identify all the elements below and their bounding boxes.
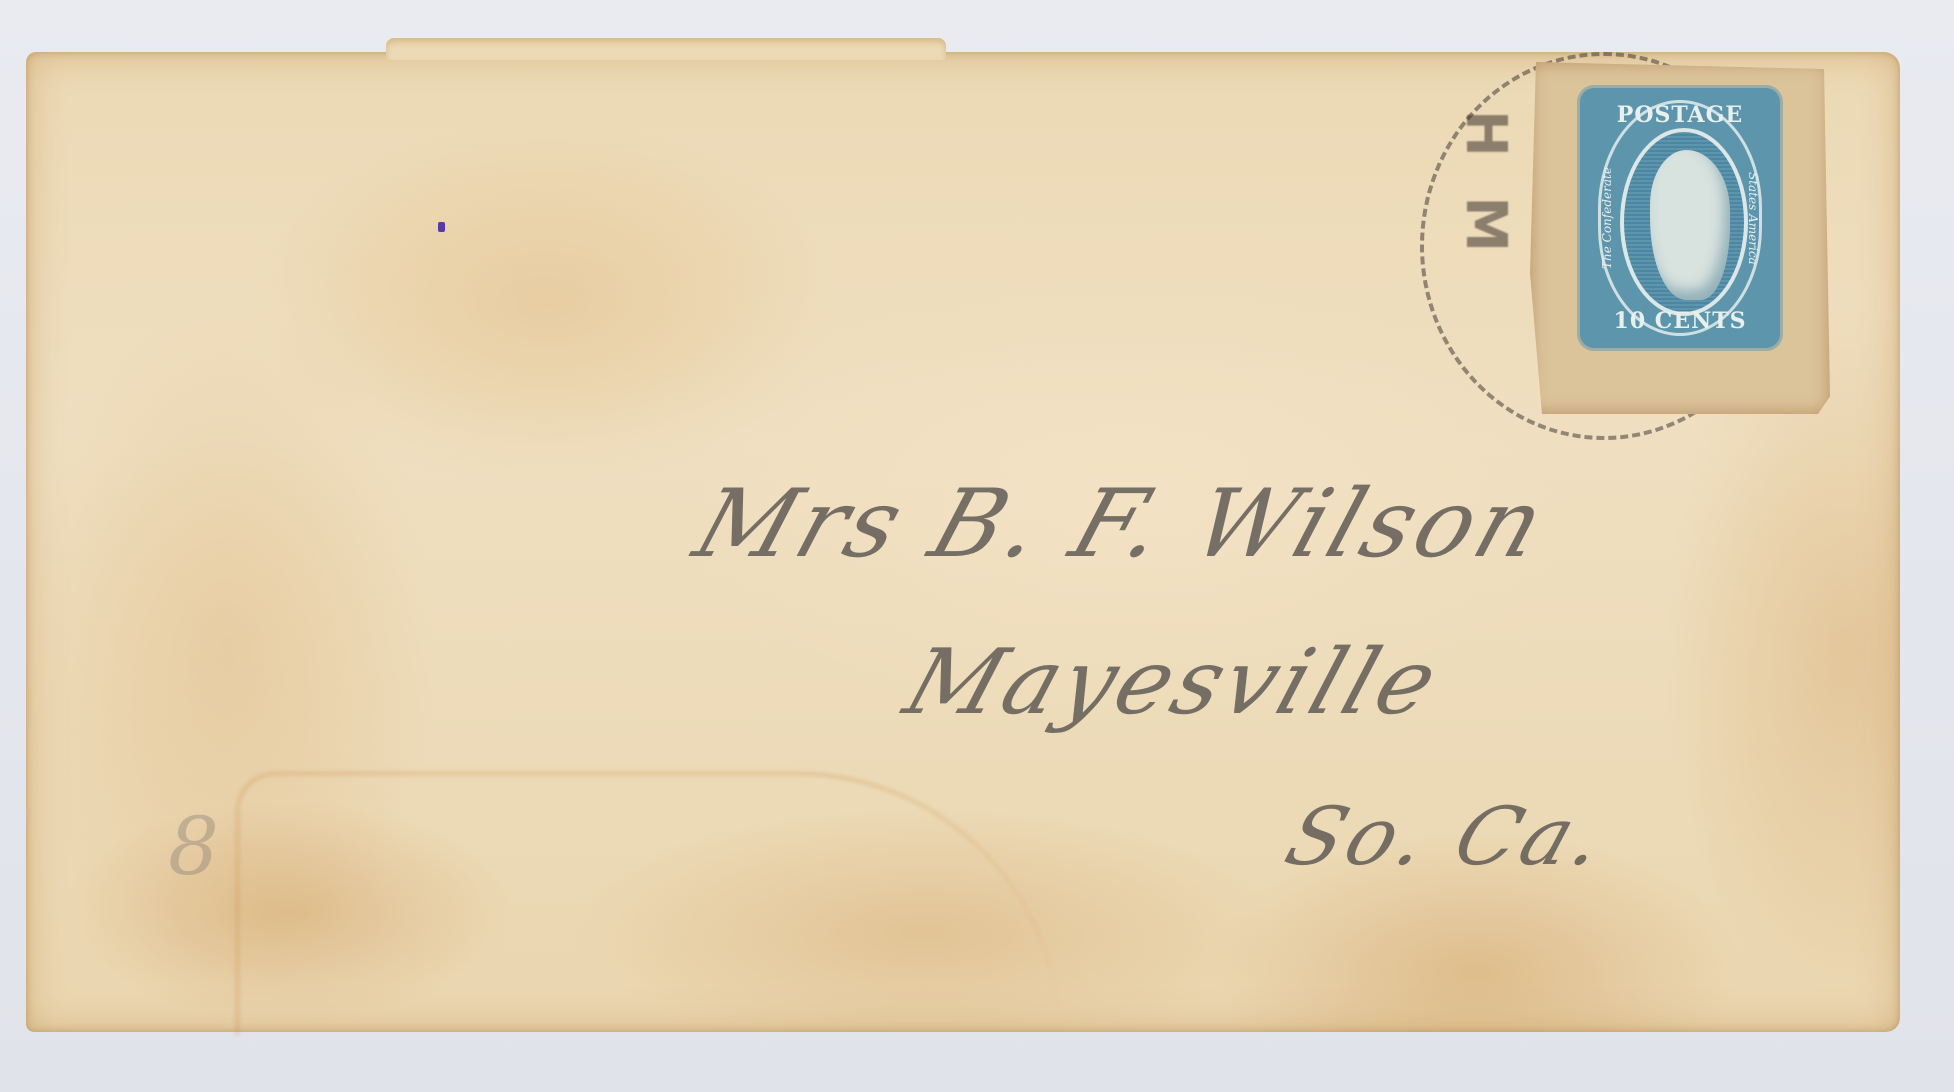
portrait-icon bbox=[1650, 150, 1730, 300]
stamp-left-text: The Confederate bbox=[1600, 128, 1622, 308]
torn-top-edge bbox=[386, 38, 946, 60]
address-line-state: So. Ca. bbox=[1275, 790, 1620, 883]
pencil-notation: 8 bbox=[168, 800, 219, 893]
address-line-name: Mrs B. F. Wilson bbox=[682, 470, 1560, 579]
stamp-right-text: States America bbox=[1738, 128, 1760, 308]
ink-speck bbox=[438, 222, 445, 232]
water-stain bbox=[236, 772, 1059, 1035]
stamp-bottom-text: 10 CENTS bbox=[1580, 308, 1780, 334]
postage-stamp: POSTAGE The Confederate States America 1… bbox=[1580, 88, 1780, 348]
postmark-text: H M bbox=[1445, 110, 1525, 370]
address-line-town: Mayesville bbox=[893, 630, 1454, 735]
stamp-top-text: POSTAGE bbox=[1580, 102, 1780, 128]
stamp-portrait-oval bbox=[1620, 128, 1748, 316]
